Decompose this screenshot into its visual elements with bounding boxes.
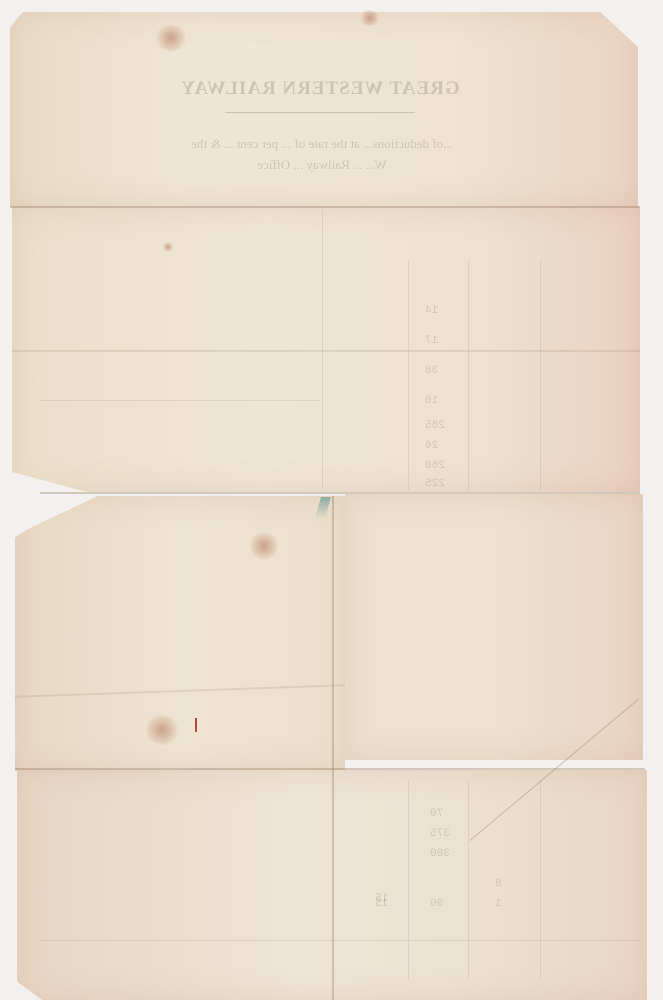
table-cell: 300 (430, 848, 450, 860)
stain (360, 10, 380, 26)
stain (250, 532, 278, 560)
table-grid-line (468, 260, 469, 490)
red-ink-mark (195, 718, 197, 732)
mirrored-subheading-1: ...of deductions... at the rate of ... p… (62, 136, 582, 152)
table-grid-line (322, 210, 323, 490)
table-cell: 10 (425, 395, 438, 407)
table-cell: 285 (425, 420, 445, 432)
table-grid-line (468, 780, 469, 980)
fold-crease (40, 492, 640, 494)
mirrored-subheading-2: W... ... Railway ... Office (62, 157, 582, 173)
table-grid-line (540, 260, 541, 490)
table-cell: 15 (375, 898, 388, 910)
fold-crease (332, 496, 334, 1000)
table-cell: 8 (495, 878, 502, 890)
fold-crease (12, 350, 640, 352)
paper-panel-bottom-right (345, 494, 643, 760)
table-cell: 17 (425, 335, 438, 347)
scanned-document: GREAT WESTERN RAILWAY ...of deductions..… (0, 0, 663, 1000)
mirrored-heading: GREAT WESTERN RAILWAY (130, 78, 510, 100)
table-grid-line (408, 260, 409, 490)
heading-rule (225, 112, 415, 113)
table-grid-line (40, 400, 320, 401)
stain (145, 715, 179, 745)
fold-crease (10, 206, 640, 208)
table-cell: 38 (425, 365, 438, 377)
table-grid-line (408, 780, 409, 980)
stain (155, 25, 187, 51)
table-cell: 14 (425, 305, 438, 317)
table-grid-line (540, 780, 541, 980)
table-cell: 1 (495, 898, 502, 910)
paper-panel-top (10, 12, 638, 207)
table-cell: 26 (425, 440, 438, 452)
table-cell: 90 (430, 898, 443, 910)
stain (163, 242, 173, 252)
table-cell: 70 (430, 808, 443, 820)
fold-crease (15, 768, 645, 770)
table-cell: 225 (425, 478, 445, 490)
paper-panel-bottom-left (15, 496, 345, 771)
table-cell: 375 (430, 828, 450, 840)
table-grid-line (40, 940, 640, 941)
table-cell: 260 (425, 460, 445, 472)
